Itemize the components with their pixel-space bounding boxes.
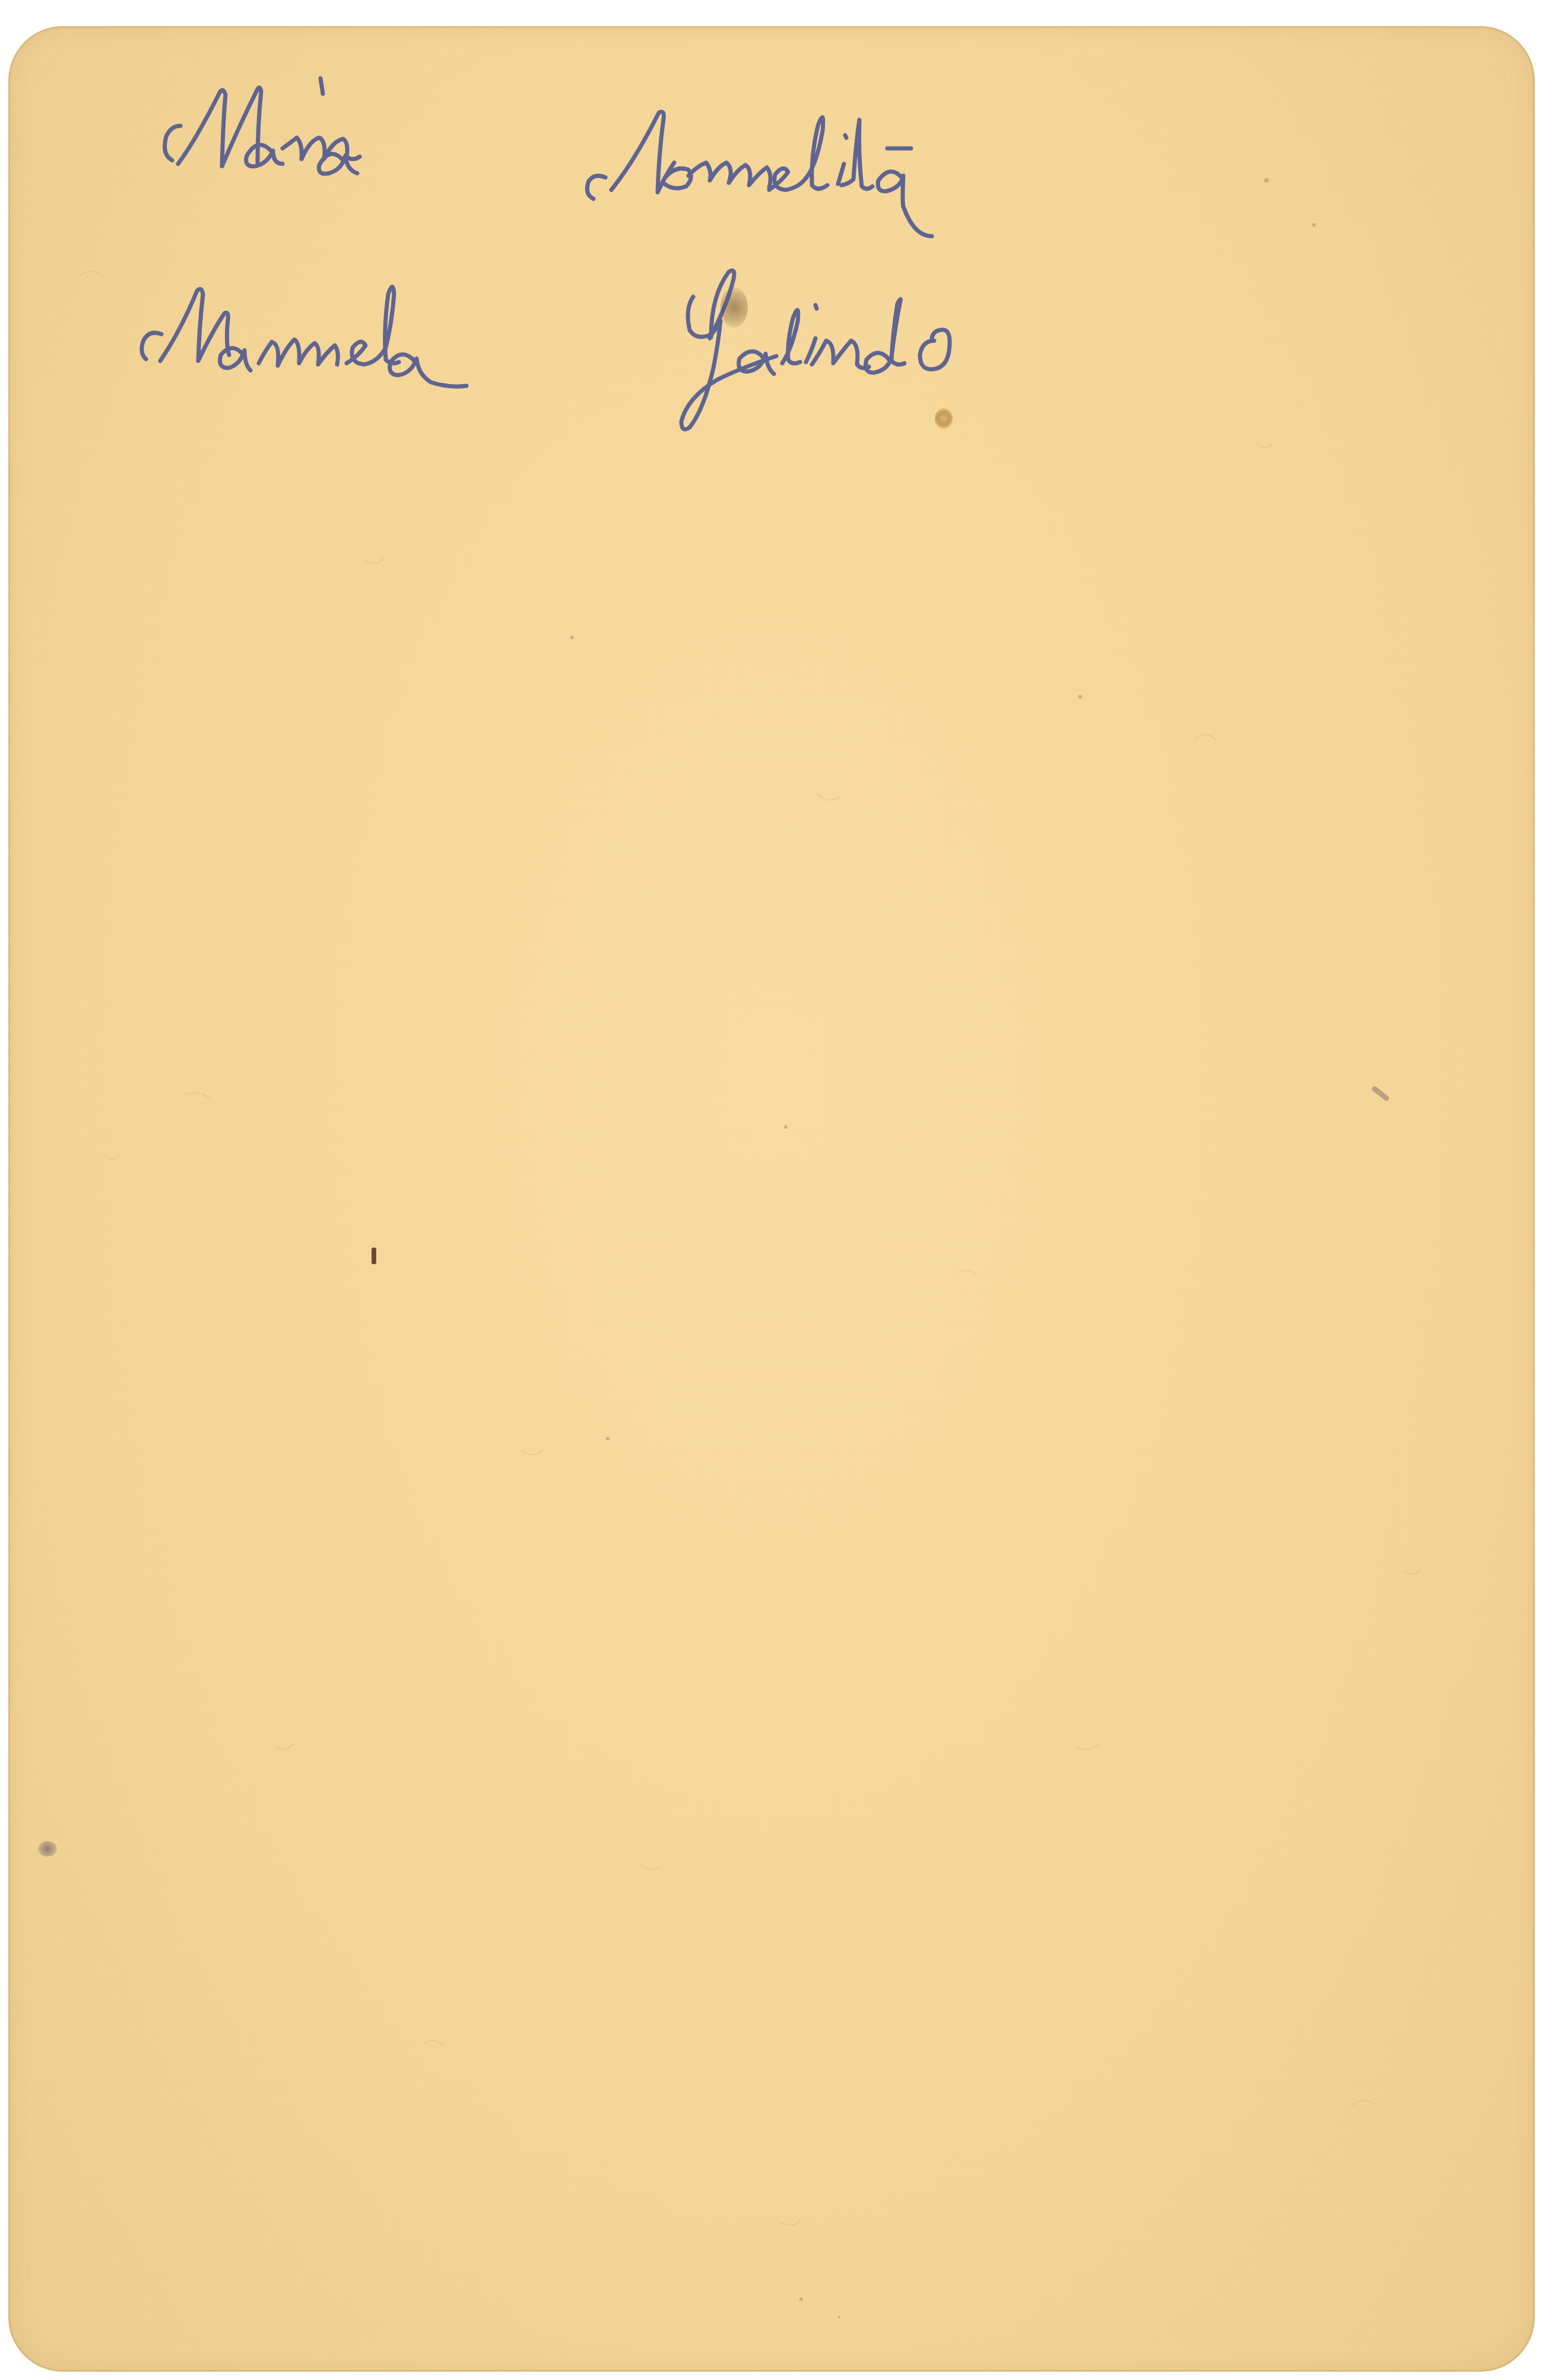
inscription-line-1-text: Mamá Manuelitā [8, 26, 9, 27]
paper-fiber-texture [8, 26, 1535, 2372]
ink-fleck [372, 1248, 376, 1264]
cabinet-card-back: Mamá Manuelitā Manuela Galindo [8, 26, 1535, 2372]
abrasion-spot [935, 408, 953, 429]
ink-smear [1371, 1085, 1390, 1102]
inscription-line-2-text: Manuela Galindo [8, 26, 9, 27]
grey-smudge [38, 1841, 57, 1857]
foxing-stain [721, 287, 748, 328]
handwriting-strokes [8, 26, 1535, 2372]
